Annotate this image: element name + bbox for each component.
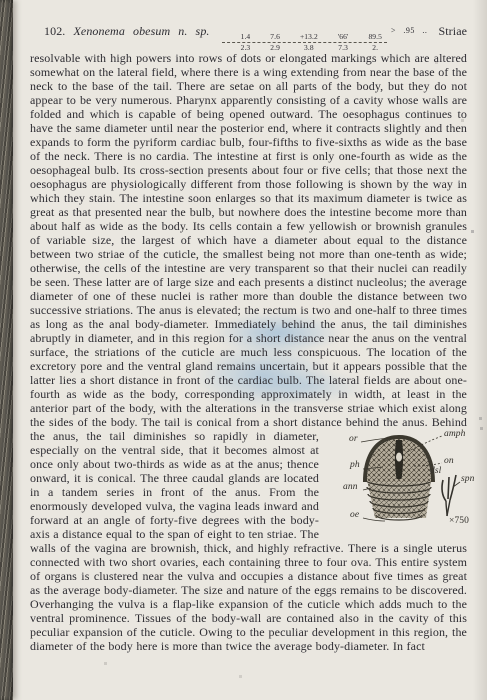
formula-fraction: +13.23.8	[286, 33, 318, 51]
scan-noise-specks	[0, 0, 1, 1]
figure-magnification: ×750	[435, 517, 469, 527]
formula-fraction: 7.62.9	[256, 33, 280, 51]
new-species-abbrev: n. sp.	[178, 24, 209, 38]
book-binding-edge	[0, 0, 13, 700]
head-anatomy-figure: or ph ann oe amph on dsl spn ×750	[325, 430, 467, 530]
text-column: 102. Xenonema obesum n. sp. 1.42.37.62.9…	[30, 24, 467, 653]
fraction-numerator: +13.2	[286, 33, 318, 41]
species-name: Xenonema obesum	[73, 24, 170, 38]
formula-fraction: 1.42.3	[227, 33, 251, 51]
fraction-numerator: 1.4	[227, 33, 251, 41]
formula-fraction: '66'7.3	[324, 33, 349, 51]
figure-label-ann: ann	[329, 483, 358, 493]
fraction-denominator: 2.	[358, 44, 378, 52]
formula-fraction: 89.52.	[354, 33, 382, 51]
fraction-denominator: 7.3	[324, 44, 348, 52]
formula-suffix: > .95 ..	[391, 26, 427, 35]
species-description-paragraph: 102. Xenonema obesum n. sp. 1.42.37.62.9…	[30, 24, 467, 653]
scanned-book-page: 102. Xenonema obesum n. sp. 1.42.37.62.9…	[0, 0, 487, 700]
figure-label-or: or	[335, 435, 358, 445]
figure-label-ph: ph	[336, 461, 360, 471]
fraction-numerator: 89.5	[354, 33, 382, 41]
figure-label-amph: amph	[430, 430, 466, 440]
entry-number: 102.	[44, 24, 65, 38]
fraction-denominator: 2.9	[256, 44, 280, 52]
figure-label-spn: spn	[447, 475, 475, 485]
fraction-denominator: 3.8	[290, 44, 314, 52]
fraction-numerator: 7.6	[256, 33, 280, 41]
figure-label-oe: oe	[336, 511, 359, 521]
de-man-measurement-formula: 1.42.37.62.9+13.23.8'66'7.389.52.	[222, 33, 387, 51]
fraction-denominator: 2.3	[227, 44, 251, 52]
body-text-part1: Striae resolvable with high powers into …	[30, 24, 467, 429]
fraction-numerator: '66'	[324, 33, 349, 41]
